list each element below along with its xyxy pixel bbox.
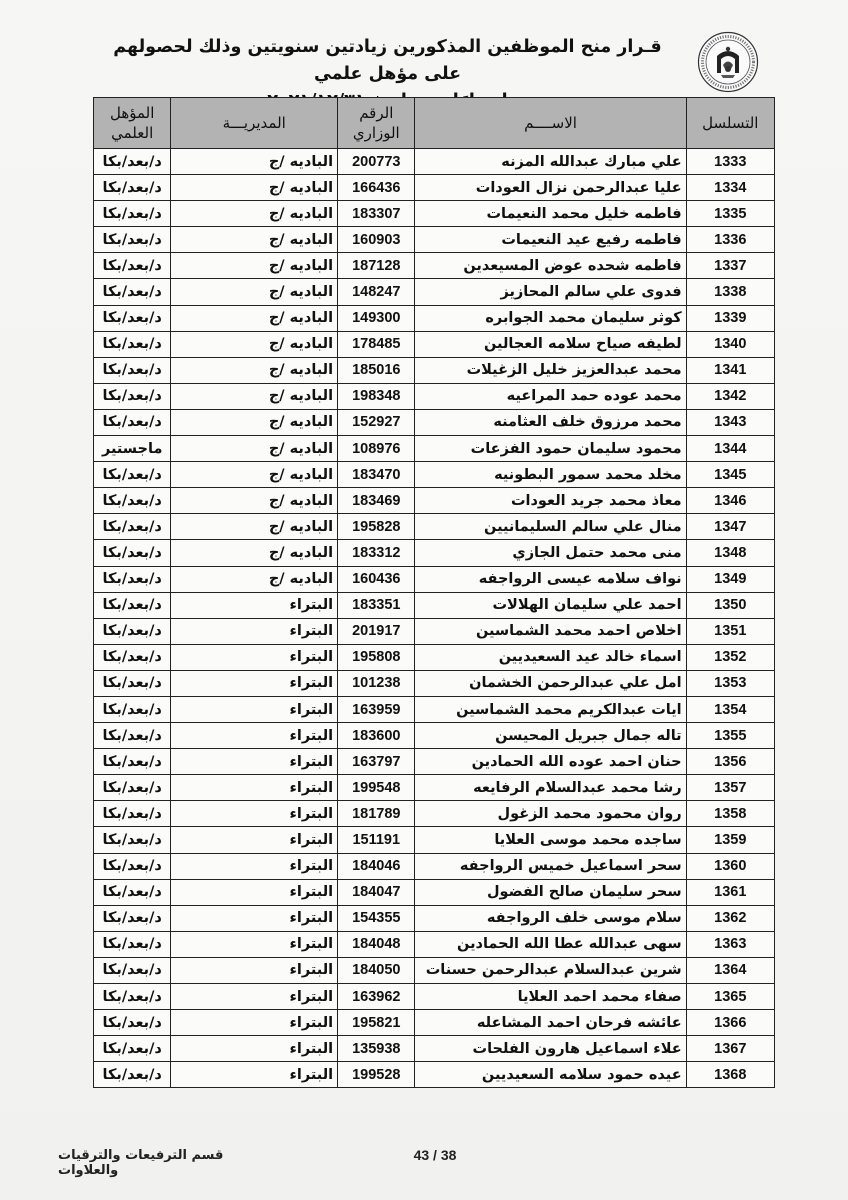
seq-cell: 1341 [686, 357, 774, 383]
qualification-cell: د/بعد/بكا [94, 696, 171, 722]
title-line-1: قـرار منح الموظفين المذكورين زيادتين سنو… [100, 34, 675, 88]
qualification-cell: د/بعد/بكا [94, 227, 171, 253]
directorate-cell: الباديه /ج [171, 409, 338, 435]
name-cell: سحر سليمان صالح الفضول [415, 879, 686, 905]
seq-cell: 1342 [686, 383, 774, 409]
table-row: 1365صفاء محمد احمد العلايا163962البتراءد… [94, 984, 775, 1010]
table-row: 1360سحر اسماعيل خميس الرواجفه184046البتر… [94, 853, 775, 879]
qualification-cell: د/بعد/بكا [94, 488, 171, 514]
table-row: 1352اسماء خالد عيد السعيديين195808البترا… [94, 644, 775, 670]
table-row: 1347منال علي سالم السليمانيين195828الباد… [94, 514, 775, 540]
name-cell: سلام موسى خلف الرواجفه [415, 905, 686, 931]
seq-cell: 1356 [686, 749, 774, 775]
name-cell: منال علي سالم السليمانيين [415, 514, 686, 540]
name-cell: فاطمه رفيع عيد النعيمات [415, 227, 686, 253]
ministry-number-cell: 160436 [338, 566, 415, 592]
name-cell: سحر اسماعيل خميس الرواجفه [415, 853, 686, 879]
ministry-number-cell: 184046 [338, 853, 415, 879]
directorate-cell: البتراء [171, 644, 338, 670]
ministry-number-cell: 163797 [338, 749, 415, 775]
seq-cell: 1366 [686, 1010, 774, 1036]
name-cell: علي مبارك عبدالله المزنه [415, 149, 686, 175]
directorate-cell: البتراء [171, 775, 338, 801]
ministry-number-cell: 151191 [338, 827, 415, 853]
qualification-cell: د/بعد/بكا [94, 279, 171, 305]
qualification-cell: د/بعد/بكا [94, 175, 171, 201]
table-row: 1355تاله جمال جبريل المحيسن183600البتراء… [94, 723, 775, 749]
qualification-cell: د/بعد/بكا [94, 801, 171, 827]
seq-cell: 1344 [686, 436, 774, 462]
seq-cell: 1345 [686, 462, 774, 488]
directorate-cell: الباديه /ج [171, 253, 338, 279]
seq-cell: 1360 [686, 853, 774, 879]
ministry-number-cell: 183312 [338, 540, 415, 566]
table-row: 1346معاذ محمد جريد العودات183469الباديه … [94, 488, 775, 514]
name-cell: محمود سليمان حمود الفزعات [415, 436, 686, 462]
table-row: 1354ايات عبدالكريم محمد الشماسين163959ال… [94, 696, 775, 722]
name-cell: ايات عبدالكريم محمد الشماسين [415, 696, 686, 722]
table-row: 1341محمد عبدالعزيز خليل الزغيلات185016ال… [94, 357, 775, 383]
name-cell: عليا عبدالرحمن نزال العودات [415, 175, 686, 201]
directorate-cell: البتراء [171, 1036, 338, 1062]
qualification-cell: د/بعد/بكا [94, 592, 171, 618]
seq-cell: 1365 [686, 984, 774, 1010]
table-row: 1342محمد عوده حمد المراعيه198348الباديه … [94, 383, 775, 409]
table-row: 1364شرين عبدالسلام عبدالرحمن حسنات184050… [94, 957, 775, 983]
directorate-cell: الباديه /ج [171, 149, 338, 175]
name-cell: كوثر سليمان محمد الجوابره [415, 305, 686, 331]
directorate-cell: البتراء [171, 853, 338, 879]
directorate-cell: الباديه /ج [171, 357, 338, 383]
ministry-number-cell: 195808 [338, 644, 415, 670]
directorate-cell: الباديه /ج [171, 383, 338, 409]
name-cell: سهى عبدالله عطا الله الحمادين [415, 931, 686, 957]
table-row: 1363سهى عبدالله عطا الله الحمادين184048ا… [94, 931, 775, 957]
name-cell: صفاء محمد احمد العلايا [415, 984, 686, 1010]
header-seq: التسلسل [686, 98, 774, 149]
directorate-cell: البتراء [171, 618, 338, 644]
qualification-cell: د/بعد/بكا [94, 984, 171, 1010]
directorate-cell: البتراء [171, 1062, 338, 1088]
directorate-cell: البتراء [171, 723, 338, 749]
ministry-number-cell: 152927 [338, 409, 415, 435]
ministry-number-cell: 199528 [338, 1062, 415, 1088]
seq-cell: 1350 [686, 592, 774, 618]
ministry-number-cell: 154355 [338, 905, 415, 931]
directorate-cell: الباديه /ج [171, 436, 338, 462]
header-name: الاســــم [415, 98, 686, 149]
directorate-cell: البتراء [171, 931, 338, 957]
qualification-cell: د/بعد/بكا [94, 357, 171, 383]
name-cell: فاطمه خليل محمد النعيمات [415, 201, 686, 227]
name-cell: شرين عبدالسلام عبدالرحمن حسنات [415, 957, 686, 983]
name-cell: لطيفه صياح سلامه العجالين [415, 331, 686, 357]
ministry-number-cell: 184048 [338, 931, 415, 957]
name-cell: امل علي عبدالرحمن الخشمان [415, 670, 686, 696]
table-row: 1343محمد مرزوق خلف العثامنه152927الباديه… [94, 409, 775, 435]
name-cell: عيده حمود سلامه السعيديين [415, 1062, 686, 1088]
qualification-cell: د/بعد/بكا [94, 331, 171, 357]
seq-cell: 1349 [686, 566, 774, 592]
qualification-cell: د/بعد/بكا [94, 749, 171, 775]
directorate-cell: الباديه /ج [171, 488, 338, 514]
seq-cell: 1353 [686, 670, 774, 696]
directorate-cell: الباديه /ج [171, 514, 338, 540]
ministry-number-cell: 195821 [338, 1010, 415, 1036]
ministry-emblem-icon [697, 31, 759, 93]
directorate-cell: البتراء [171, 670, 338, 696]
seq-cell: 1339 [686, 305, 774, 331]
seq-cell: 1334 [686, 175, 774, 201]
directorate-cell: البتراء [171, 696, 338, 722]
qualification-cell: د/بعد/بكا [94, 383, 171, 409]
directorate-cell: البتراء [171, 957, 338, 983]
qualification-cell: د/بعد/بكا [94, 670, 171, 696]
header-directorate: المديريـــة [171, 98, 338, 149]
directorate-cell: البتراء [171, 1010, 338, 1036]
qualification-cell: د/بعد/بكا [94, 253, 171, 279]
seq-cell: 1340 [686, 331, 774, 357]
seq-cell: 1359 [686, 827, 774, 853]
table-body: 1333علي مبارك عبدالله المزنه200773البادي… [94, 149, 775, 1088]
ministry-number-cell: 199548 [338, 775, 415, 801]
table-row: 1359ساجده محمد موسى العلايا151191البتراء… [94, 827, 775, 853]
ministry-number-cell: 187128 [338, 253, 415, 279]
header-ministry-number: الرقم الوزاري [338, 98, 415, 149]
table-row: 1340لطيفه صياح سلامه العجالين178485الباد… [94, 331, 775, 357]
directorate-cell: الباديه /ج [171, 566, 338, 592]
name-cell: محمد عبدالعزيز خليل الزغيلات [415, 357, 686, 383]
ministry-number-cell: 201917 [338, 618, 415, 644]
name-cell: فدوى علي سالم المحازيز [415, 279, 686, 305]
directorate-cell: الباديه /ج [171, 279, 338, 305]
table-row: 1348منى محمد حتمل الجازي183312الباديه /ج… [94, 540, 775, 566]
table-row: 1358روان محمود محمد الزغول181789البتراءد… [94, 801, 775, 827]
name-cell: معاذ محمد جريد العودات [415, 488, 686, 514]
name-cell: رشا محمد عبدالسلام الرفايعه [415, 775, 686, 801]
directorate-cell: الباديه /ج [171, 227, 338, 253]
seq-cell: 1367 [686, 1036, 774, 1062]
qualification-cell: د/بعد/بكا [94, 879, 171, 905]
qualification-cell: د/بعد/بكا [94, 853, 171, 879]
qualification-cell: د/بعد/بكا [94, 514, 171, 540]
ministry-number-cell: 183351 [338, 592, 415, 618]
qualification-cell: د/بعد/بكا [94, 305, 171, 331]
department-name: قسم الترفيعات والترقيات والعلاوات [58, 1148, 258, 1178]
table-row: 1345مخلد محمد سمور البطونيه183470الباديه… [94, 462, 775, 488]
seq-cell: 1337 [686, 253, 774, 279]
directorate-cell: البتراء [171, 827, 338, 853]
name-cell: مخلد محمد سمور البطونيه [415, 462, 686, 488]
table-row: 1353امل علي عبدالرحمن الخشمان101238البتر… [94, 670, 775, 696]
seq-cell: 1338 [686, 279, 774, 305]
document-page: قـرار منح الموظفين المذكورين زيادتين سنو… [0, 0, 848, 1200]
name-cell: محمد مرزوق خلف العثامنه [415, 409, 686, 435]
ministry-number-cell: 183307 [338, 201, 415, 227]
ministry-number-cell: 135938 [338, 1036, 415, 1062]
table-row: 1361سحر سليمان صالح الفضول184047البتراءد… [94, 879, 775, 905]
table-row: 1344محمود سليمان حمود الفزعات108976الباد… [94, 436, 775, 462]
qualification-cell: د/بعد/بكا [94, 644, 171, 670]
qualification-cell: د/بعد/بكا [94, 827, 171, 853]
ministry-number-cell: 148247 [338, 279, 415, 305]
table-row: 1338فدوى علي سالم المحازيز148247الباديه … [94, 279, 775, 305]
table-row: 1351اخلاص احمد محمد الشماسين201917البترا… [94, 618, 775, 644]
qualification-cell: د/بعد/بكا [94, 957, 171, 983]
ministry-number-cell: 166436 [338, 175, 415, 201]
ministry-number-cell: 195828 [338, 514, 415, 540]
qualification-cell: د/بعد/بكا [94, 201, 171, 227]
directorate-cell: البتراء [171, 984, 338, 1010]
ministry-number-cell: 160903 [338, 227, 415, 253]
directorate-cell: البتراء [171, 592, 338, 618]
directorate-cell: الباديه /ج [171, 305, 338, 331]
directorate-cell: الباديه /ج [171, 462, 338, 488]
table-header-row: التسلسل الاســــم الرقم الوزاري المديريـ… [94, 98, 775, 149]
ministry-number-cell: 163959 [338, 696, 415, 722]
seq-cell: 1354 [686, 696, 774, 722]
qualification-cell: د/بعد/بكا [94, 1062, 171, 1088]
qualification-cell: د/بعد/بكا [94, 462, 171, 488]
ministry-number-cell: 178485 [338, 331, 415, 357]
ministry-number-cell: 200773 [338, 149, 415, 175]
qualification-cell: د/بعد/بكا [94, 931, 171, 957]
table-row: 1362سلام موسى خلف الرواجفه154355البتراءد… [94, 905, 775, 931]
directorate-cell: البتراء [171, 879, 338, 905]
ministry-number-cell: 185016 [338, 357, 415, 383]
qualification-cell: د/بعد/بكا [94, 409, 171, 435]
seq-cell: 1352 [686, 644, 774, 670]
qualification-cell: ماجستير [94, 436, 171, 462]
table-row: 1350احمد علي سليمان الهلالات183351البترا… [94, 592, 775, 618]
name-cell: ساجده محمد موسى العلايا [415, 827, 686, 853]
qualification-cell: د/بعد/بكا [94, 723, 171, 749]
directorate-cell: البتراء [171, 905, 338, 931]
directorate-cell: الباديه /ج [171, 201, 338, 227]
seq-cell: 1355 [686, 723, 774, 749]
directorate-cell: البتراء [171, 749, 338, 775]
ministry-number-cell: 108976 [338, 436, 415, 462]
table-row: 1336فاطمه رفيع عيد النعيمات160903الباديه… [94, 227, 775, 253]
table-row: 1335فاطمه خليل محمد النعيمات183307البادي… [94, 201, 775, 227]
table-row: 1339كوثر سليمان محمد الجوابره149300الباد… [94, 305, 775, 331]
ministry-number-cell: 163962 [338, 984, 415, 1010]
table-row: 1356حنان احمد عوده الله الحمادين163797ال… [94, 749, 775, 775]
seq-cell: 1364 [686, 957, 774, 983]
name-cell: محمد عوده حمد المراعيه [415, 383, 686, 409]
ministry-number-cell: 183470 [338, 462, 415, 488]
ministry-number-cell: 183600 [338, 723, 415, 749]
ministry-number-cell: 181789 [338, 801, 415, 827]
qualification-cell: د/بعد/بكا [94, 149, 171, 175]
ministry-number-cell: 198348 [338, 383, 415, 409]
seq-cell: 1336 [686, 227, 774, 253]
qualification-cell: د/بعد/بكا [94, 1036, 171, 1062]
seq-cell: 1333 [686, 149, 774, 175]
qualification-cell: د/بعد/بكا [94, 775, 171, 801]
directorate-cell: الباديه /ج [171, 540, 338, 566]
qualification-cell: د/بعد/بكا [94, 905, 171, 931]
name-cell: اخلاص احمد محمد الشماسين [415, 618, 686, 644]
header-qualification: المؤهل العلمي [94, 98, 171, 149]
qualification-cell: د/بعد/بكا [94, 1010, 171, 1036]
seq-cell: 1347 [686, 514, 774, 540]
directorate-cell: الباديه /ج [171, 331, 338, 357]
table-row: 1334عليا عبدالرحمن نزال العودات166436الب… [94, 175, 775, 201]
seq-cell: 1335 [686, 201, 774, 227]
name-cell: علاء اسماعيل هارون الفلحات [415, 1036, 686, 1062]
qualification-cell: د/بعد/بكا [94, 618, 171, 644]
page-number: 43 / 38 [405, 1147, 465, 1163]
seq-cell: 1361 [686, 879, 774, 905]
table-row: 1367علاء اسماعيل هارون الفلحات135938البت… [94, 1036, 775, 1062]
ministry-number-cell: 183469 [338, 488, 415, 514]
name-cell: تاله جمال جبريل المحيسن [415, 723, 686, 749]
name-cell: حنان احمد عوده الله الحمادين [415, 749, 686, 775]
seq-cell: 1358 [686, 801, 774, 827]
table-row: 1368عيده حمود سلامه السعيديين199528البتر… [94, 1062, 775, 1088]
table-row: 1337فاطمه شحده عوض المسيعدين187128البادي… [94, 253, 775, 279]
seq-cell: 1351 [686, 618, 774, 644]
seq-cell: 1343 [686, 409, 774, 435]
employees-table: التسلسل الاســــم الرقم الوزاري المديريـ… [93, 97, 775, 1088]
seq-cell: 1346 [686, 488, 774, 514]
directorate-cell: الباديه /ج [171, 175, 338, 201]
name-cell: احمد علي سليمان الهلالات [415, 592, 686, 618]
qualification-cell: د/بعد/بكا [94, 566, 171, 592]
seq-cell: 1363 [686, 931, 774, 957]
table-row: 1349نواف سلامه عيسى الرواجفه160436البادي… [94, 566, 775, 592]
seq-cell: 1357 [686, 775, 774, 801]
name-cell: نواف سلامه عيسى الرواجفه [415, 566, 686, 592]
ministry-number-cell: 184050 [338, 957, 415, 983]
seq-cell: 1348 [686, 540, 774, 566]
table-row: 1333علي مبارك عبدالله المزنه200773البادي… [94, 149, 775, 175]
name-cell: اسماء خالد عيد السعيديين [415, 644, 686, 670]
directorate-cell: البتراء [171, 801, 338, 827]
seq-cell: 1368 [686, 1062, 774, 1088]
name-cell: فاطمه شحده عوض المسيعدين [415, 253, 686, 279]
seq-cell: 1362 [686, 905, 774, 931]
qualification-cell: د/بعد/بكا [94, 540, 171, 566]
ministry-number-cell: 101238 [338, 670, 415, 696]
ministry-number-cell: 184047 [338, 879, 415, 905]
ministry-number-cell: 149300 [338, 305, 415, 331]
table-row: 1366عائشه فرحان احمد المشاعله195821البتر… [94, 1010, 775, 1036]
table-row: 1357رشا محمد عبدالسلام الرفايعه199548الب… [94, 775, 775, 801]
name-cell: منى محمد حتمل الجازي [415, 540, 686, 566]
name-cell: عائشه فرحان احمد المشاعله [415, 1010, 686, 1036]
name-cell: روان محمود محمد الزغول [415, 801, 686, 827]
